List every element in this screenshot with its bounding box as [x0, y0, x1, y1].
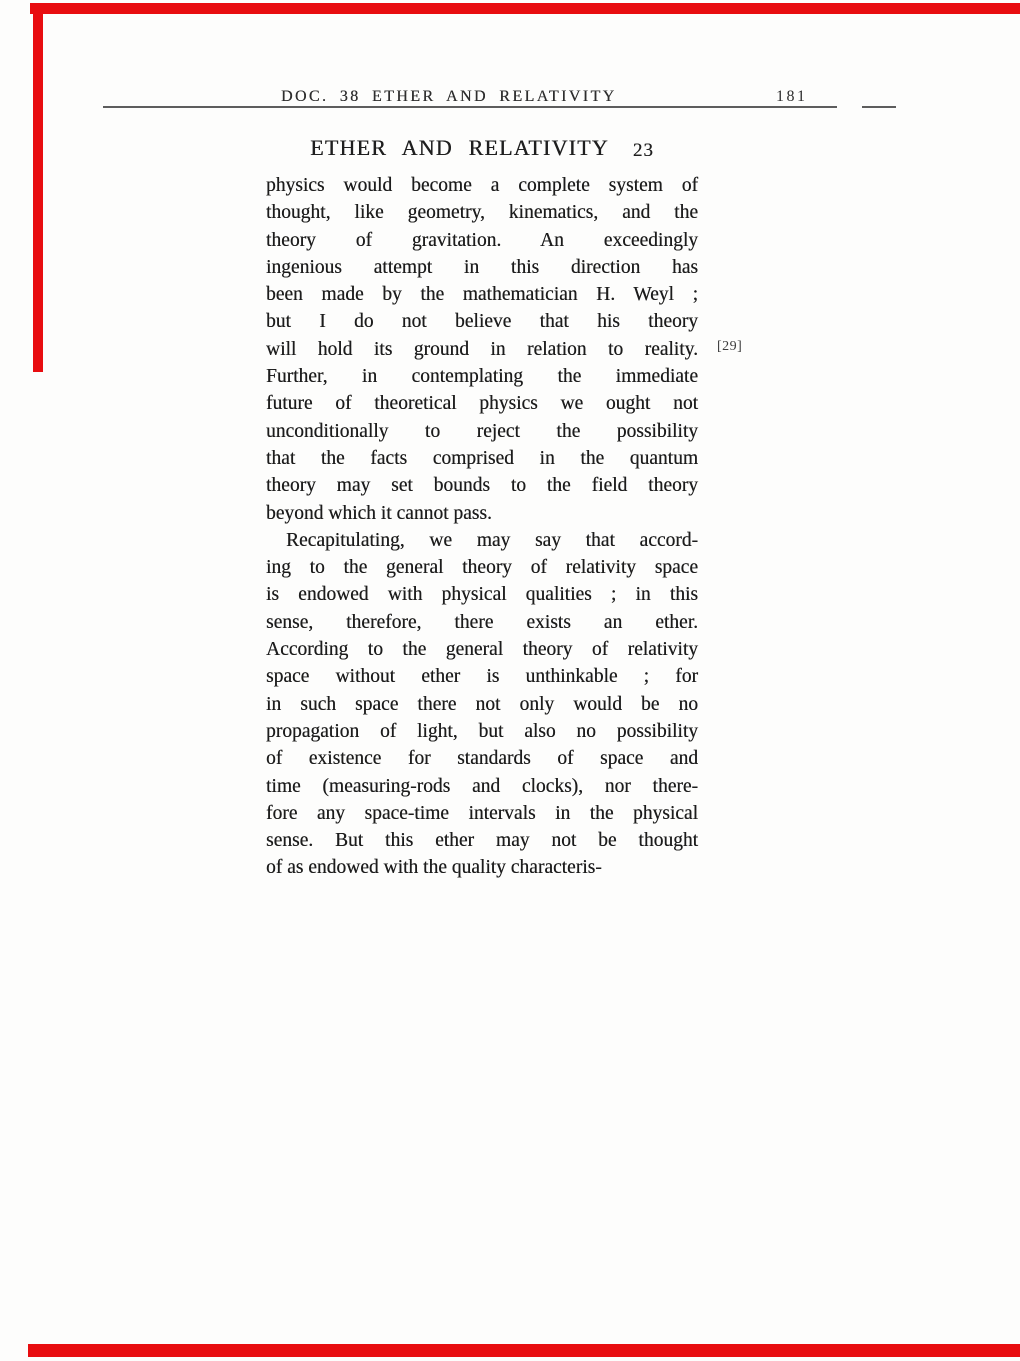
text-line: space without ether is unthinkable ; for [266, 663, 698, 690]
text-line: theory of gravitation. An exceedingly [266, 227, 698, 254]
text-line: ing to the general theory of relativity … [266, 554, 698, 581]
text-line: future of theoretical physics we ought n… [266, 390, 698, 417]
text-line: physics would become a complete system o… [266, 172, 698, 199]
scan-edge-mark-bottom [28, 1344, 1020, 1357]
text-line: of as endowed with the quality character… [266, 854, 698, 881]
text-line: ingenious attempt in this direction has [266, 254, 698, 281]
book-page-scan: DOC. 38 ETHER AND RELATIVITY 181 ETHER A… [0, 0, 1020, 1361]
text-line: time (measuring-rods and clocks), nor th… [266, 773, 698, 800]
text-line: but I do not believe that his theory [266, 308, 698, 335]
text-line: of existence for standards of space and [266, 745, 698, 772]
running-header: DOC. 38 ETHER AND RELATIVITY [281, 88, 617, 106]
header-rule-dash [862, 106, 896, 108]
text-line: is endowed with physical qualities ; in … [266, 581, 698, 608]
title-lecture-page-number: 23 [633, 140, 654, 161]
text-line: that the facts comprised in the quantum [266, 445, 698, 472]
text-line: Recapitulating, we may say that accord- [266, 527, 698, 554]
page-title: ETHER AND RELATIVITY23 [266, 135, 698, 161]
paragraph-recapitulating: Recapitulating, we may say that accord-i… [266, 527, 698, 882]
scan-edge-mark-left [33, 7, 43, 372]
text-line: will hold its ground in relation to real… [266, 336, 698, 363]
text-line: fore any space-time intervals in the phy… [266, 800, 698, 827]
text-line: propagation of light, but also no possib… [266, 718, 698, 745]
scan-edge-mark-top [30, 3, 1020, 14]
text-line: sense. But this ether may not be thought [266, 827, 698, 854]
margin-note: [29] [717, 339, 742, 355]
text-line: sense, therefore, there exists an ether. [266, 609, 698, 636]
text-line: beyond which it cannot pass. [266, 500, 698, 527]
text-line: theory may set bounds to the field theor… [266, 472, 698, 499]
text-line: unconditionally to reject the possibilit… [266, 418, 698, 445]
text-line: in such space there not only would be no [266, 691, 698, 718]
page-title-text: ETHER AND RELATIVITY [310, 135, 609, 160]
paragraph-continuation: physics would become a complete system o… [266, 172, 698, 527]
text-line: been made by the mathematician H. Weyl ; [266, 281, 698, 308]
page-number: 181 [776, 88, 808, 106]
header-rule [103, 106, 837, 108]
body-text: physics would become a complete system o… [266, 172, 698, 882]
text-line: thought, like geometry, kinematics, and … [266, 199, 698, 226]
text-line: Further, in contemplating the immediate [266, 363, 698, 390]
text-line: According to the general theory of relat… [266, 636, 698, 663]
